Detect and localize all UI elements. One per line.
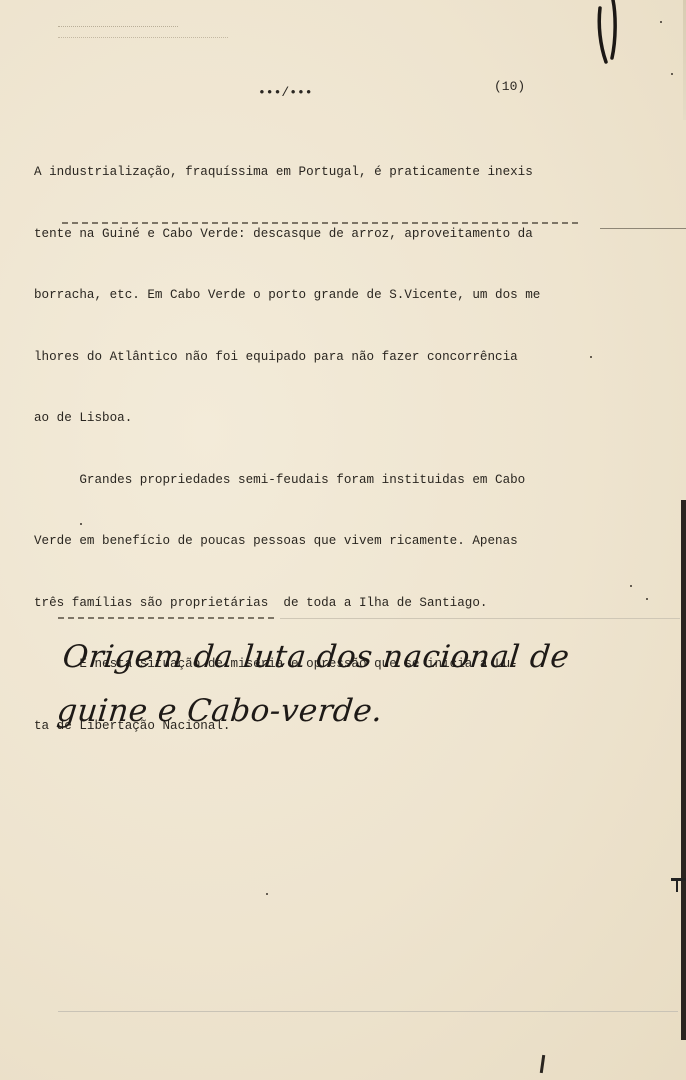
typed-line: borracha, etc. Em Cabo Verde o porto gra… <box>34 285 594 306</box>
speck <box>646 598 648 600</box>
speck <box>671 73 673 75</box>
handwritten-line-2: guine e Cabo-verde. <box>54 684 630 738</box>
speck <box>80 523 82 525</box>
fold-line-3 <box>58 1011 678 1012</box>
speck <box>590 356 592 358</box>
typed-line: ao de Lisboa. <box>34 408 594 429</box>
page-edge-shadow-right <box>681 500 686 1040</box>
typed-line: lhores do Atlântico não foi equipado par… <box>34 347 594 368</box>
fold-line-1 <box>62 222 582 224</box>
typed-line: A industrialização, fraquíssima em Portu… <box>34 162 594 183</box>
typed-line: Verde em benefício de poucas pessoas que… <box>34 531 594 552</box>
edge-mark <box>671 878 686 881</box>
continuation-marker: •••/••• <box>258 85 313 100</box>
scanned-page: illegible faint typed header residue •••… <box>0 0 686 1080</box>
typed-line: tente na Guiné e Cabo Verde: descasque d… <box>34 224 594 245</box>
speck <box>660 21 662 23</box>
fold-line-2 <box>58 617 278 619</box>
fold-line-1-extension <box>600 228 686 229</box>
typed-line: Grandes propriedades semi-feudais foram … <box>34 470 594 491</box>
typed-line: três famílias são proprietárias de toda … <box>34 593 594 614</box>
fold-line-2-faint <box>280 618 680 619</box>
page-number: (10) <box>494 79 525 94</box>
paper-clip-mark-icon <box>594 0 624 68</box>
faint-header-residue: illegible faint typed header residue <box>58 10 258 38</box>
handwritten-line-1: Origem da luta dos nacional de <box>60 630 636 684</box>
speck <box>630 585 632 587</box>
pen-mark <box>540 1055 545 1073</box>
handwritten-note: Origem da luta dos nacional de guine e C… <box>54 630 635 738</box>
speck <box>266 893 268 895</box>
